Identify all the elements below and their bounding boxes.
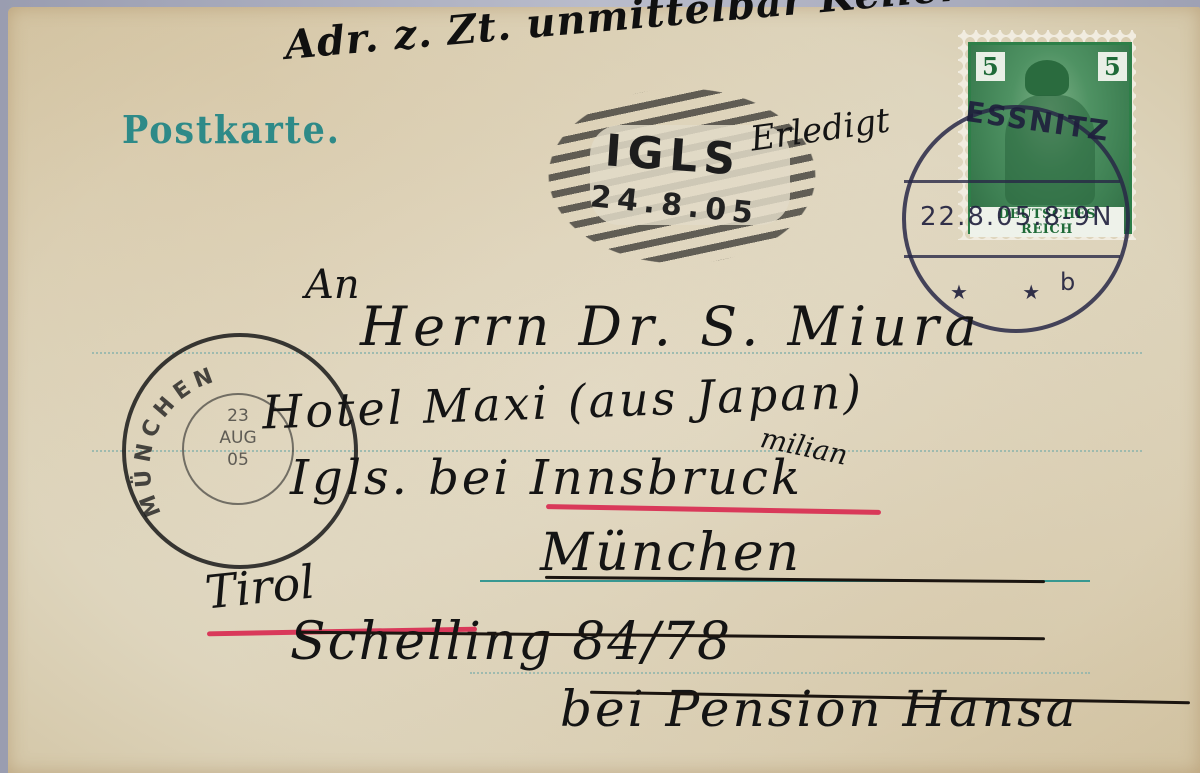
handwritten-salutation: An [305,262,360,308]
handwritten-pension-crossed: bei Pension Hansa [560,680,1079,738]
handwritten-region: Tirol [202,554,317,619]
svg-text:MÜNCHEN: MÜNCHEN [129,362,222,521]
stamp-value-left: 5 [976,52,1005,81]
stamp-value-right: 5 [1098,52,1127,81]
address-line-4 [470,672,1090,674]
handwritten-recipient: Herrn Dr. S. Miura [360,295,983,358]
handwritten-street-crossed: Schelling 84/78 [290,612,732,672]
cancellation-band-bottom [904,255,1120,258]
muenchen-day: 23 [218,405,258,427]
muenchen-year: 05 [218,449,258,471]
muenchen-month: AUG [218,427,258,449]
crown-icon [1025,60,1069,96]
postcard-title: Postkarte. [122,107,341,152]
handwritten-address-line-3: Igls. bei Innsbruck [290,450,803,506]
round-cancellation-date: 22.8.05.8-9N [920,202,1113,232]
igls-cancellation-town: IGLS [603,125,742,185]
muenchen-cancellation-date: 23 AUG 05 [218,405,258,471]
handwritten-city-crossed: München [540,523,801,583]
cancellation-band-top [904,180,1120,183]
